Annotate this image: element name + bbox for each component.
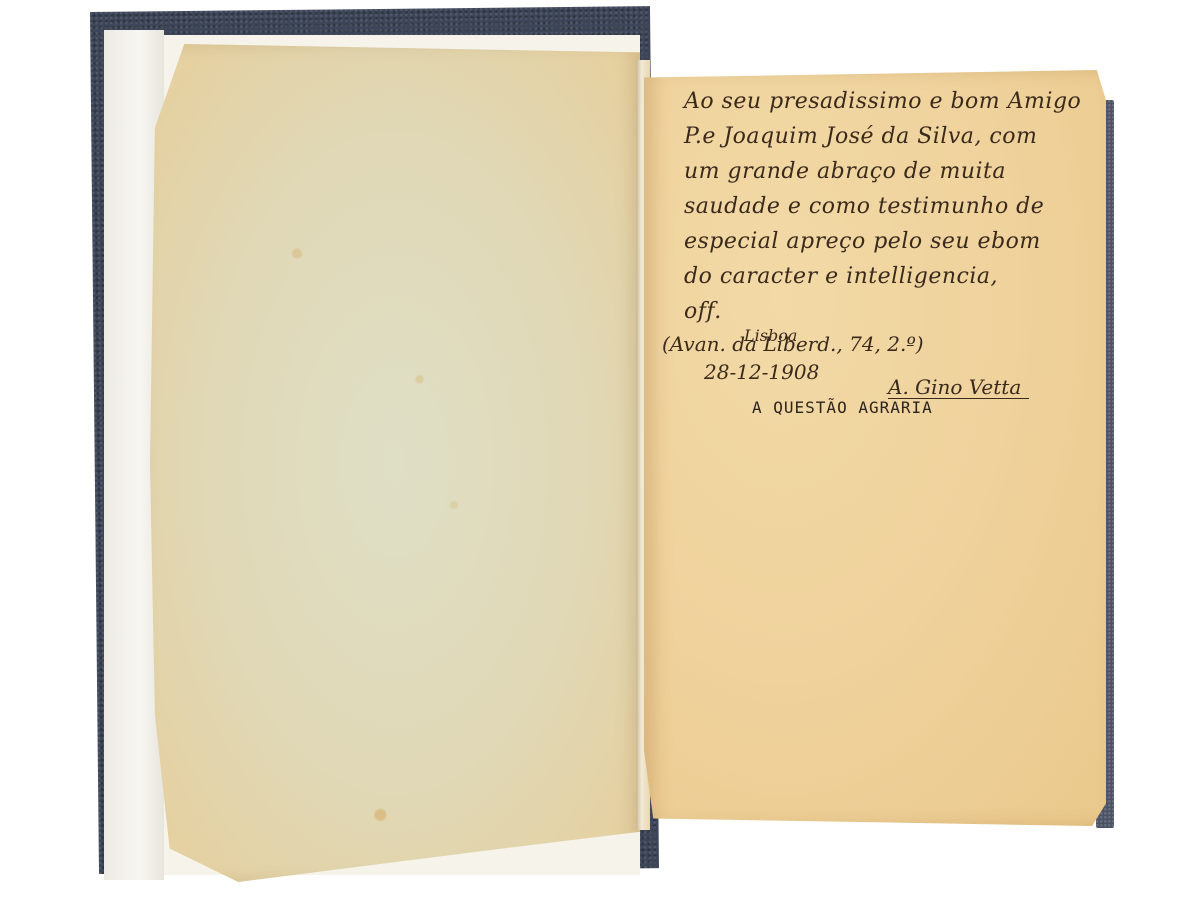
printed-book-title: A QUESTÃO AGRARIA <box>752 398 933 417</box>
dedication-address: (Avan. da Liberd., 74, 2.º) <box>662 332 924 356</box>
dedication-date: 28-12-1908 <box>704 360 819 384</box>
left-page-blank <box>150 44 640 882</box>
dedication-line: especial apreço pelo seu ebom <box>684 224 1084 259</box>
dedication-line: Ao seu presadissimo e bom Amigo <box>684 84 1084 119</box>
dedication-line: off. <box>684 294 1084 329</box>
dedication-line: um grande abraço de muita <box>684 154 1084 189</box>
handwritten-dedication: Ao seu presadissimo e bom Amigo P.e Joaq… <box>684 84 1084 329</box>
dedication-line: saudade e como testimunho de <box>684 189 1084 224</box>
photo-scene: Ao seu presadissimo e bom Amigo P.e Joaq… <box>0 0 1200 899</box>
dedication-line: do caracter e intelligencia, <box>684 259 1084 294</box>
author-signature: A. Gino Vetta <box>888 376 1029 399</box>
dedication-line: P.e Joaquim José da Silva, com <box>684 119 1084 154</box>
